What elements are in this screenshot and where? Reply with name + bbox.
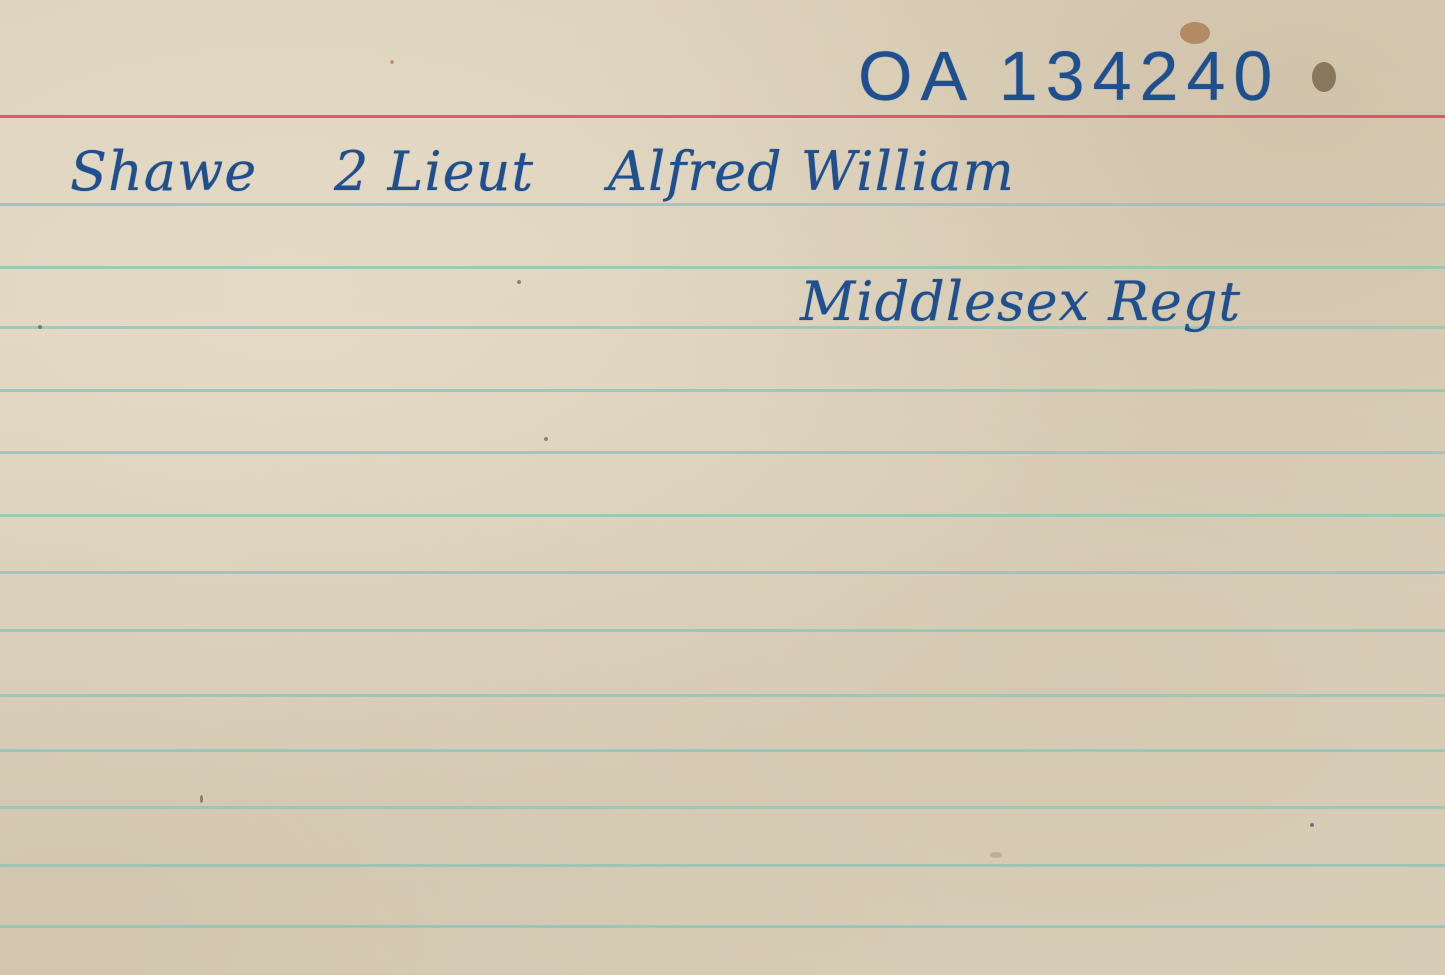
ruled-line	[0, 266, 1445, 269]
first-names: Alfred William	[608, 140, 1015, 203]
speck	[200, 795, 203, 803]
speck	[1310, 823, 1314, 827]
speck	[517, 280, 521, 284]
ruled-line	[0, 864, 1445, 867]
ruled-line	[0, 451, 1445, 454]
surname: Shawe	[70, 140, 257, 203]
speck	[38, 325, 42, 329]
speck	[990, 852, 1002, 858]
ruled-line	[0, 571, 1445, 574]
ruled-line	[0, 694, 1445, 697]
speck	[544, 437, 548, 441]
ruled-line	[0, 749, 1445, 752]
reference-number: OA 134240	[858, 36, 1280, 116]
ruled-line	[0, 389, 1445, 392]
regiment: Middlesex Regt	[800, 270, 1241, 333]
ink-blot	[1312, 62, 1336, 92]
ruled-line	[0, 629, 1445, 632]
rank: 2 Lieut	[334, 140, 534, 203]
speck	[390, 60, 394, 64]
index-card: OA 134240 Shawe 2 Lieut Alfred William M…	[0, 0, 1445, 975]
ruled-line	[0, 514, 1445, 517]
ruled-line	[0, 925, 1445, 928]
ruled-line	[0, 806, 1445, 809]
ruled-line	[0, 203, 1445, 206]
